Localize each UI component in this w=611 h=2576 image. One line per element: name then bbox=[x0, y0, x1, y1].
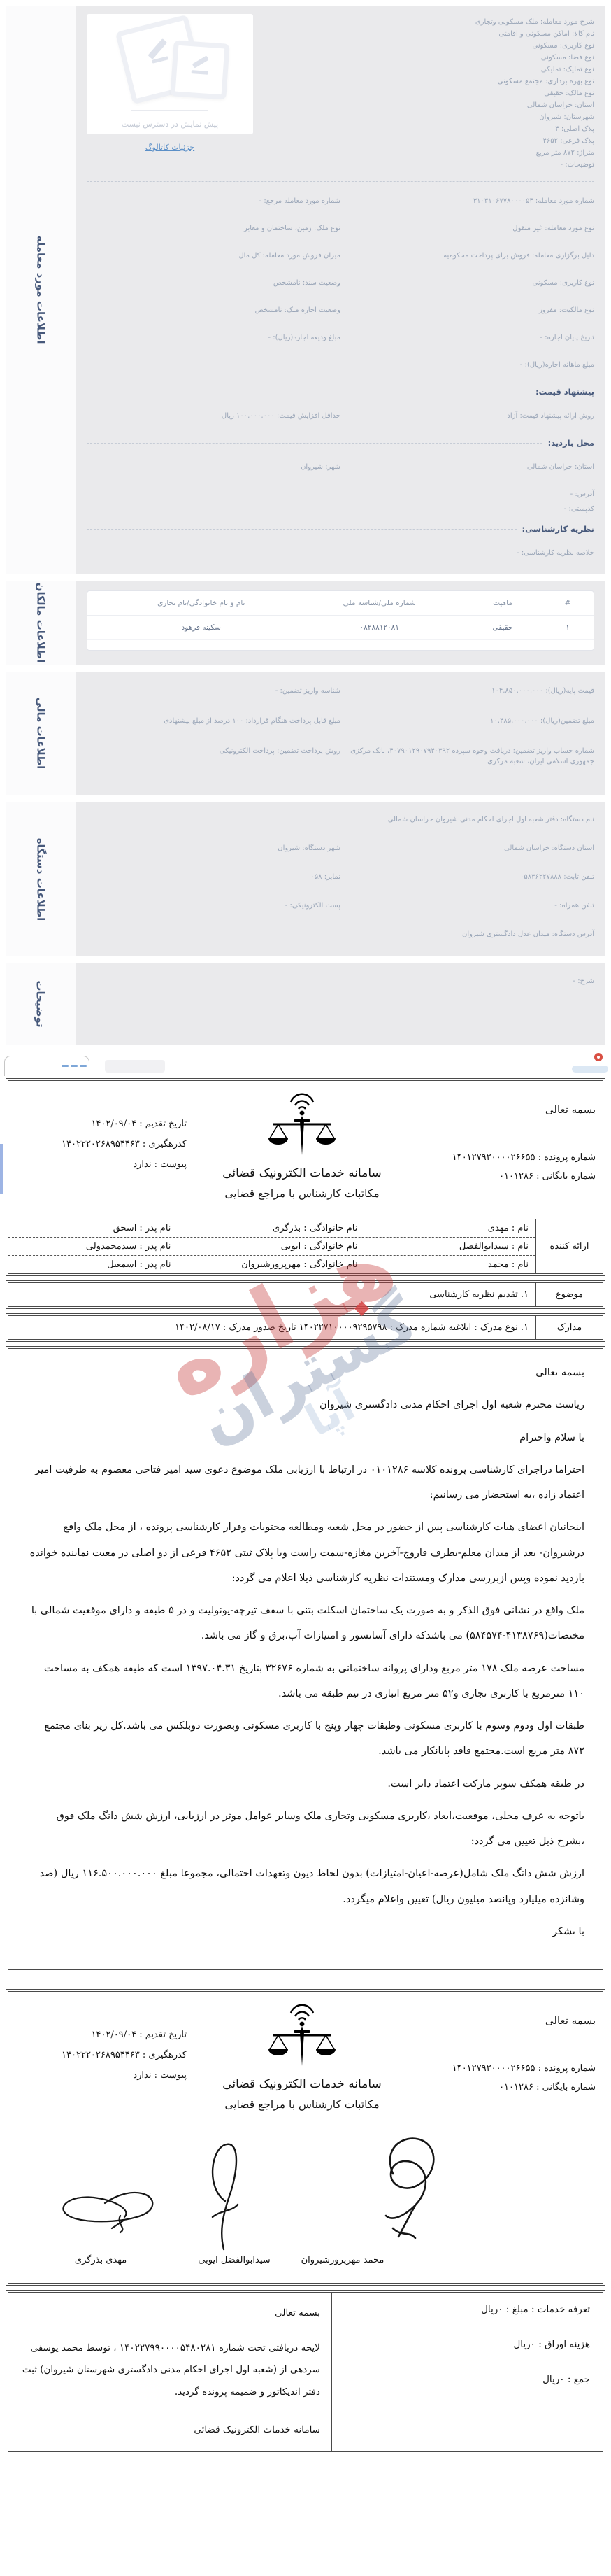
letter-paragraph: ملک واقع در نشانی فوق الذکر و به صورت یک… bbox=[27, 1598, 584, 1649]
attachment-status: پیوست : ندارد bbox=[15, 1159, 187, 1170]
letter-paragraph: با سلام واحترام bbox=[27, 1425, 584, 1450]
item-mid-fields: شماره مورد معامله: ۳۱۰۳۱۰۶۷۷۸۰۰۰۰۵۴ شمار… bbox=[87, 196, 594, 370]
field-row: پلاک فرعی: ۴۶۵۲ bbox=[263, 136, 594, 146]
field-row: پلاک اصلی: ۴ bbox=[263, 124, 594, 134]
field-row: شرح مورد معامله: ملک مسکونی وتجاری bbox=[263, 17, 594, 27]
signature-scribble bbox=[337, 2132, 456, 2251]
auction-detail-form: شرح مورد معامله: ملک مسکونی وتجارینام کا… bbox=[0, 0, 611, 1054]
letter-header-left: تاریخ تقدیم : ۱۴۰۲/۰۹/۰۴ کدرهگیری : ۱۴۰۲… bbox=[15, 1996, 187, 2114]
submit-date: تاریخ تقدیم : ۱۴۰۲/۰۹/۰۴ bbox=[15, 2030, 187, 2040]
field-pair-row: قیمت پایه(ریال): ۱۰۴,۸۵۰,۰۰۰,۰۰۰ شناسه و… bbox=[87, 686, 594, 696]
price-section-divider: پیشنهاد قیمت: bbox=[87, 387, 594, 397]
archive-number: شماره بایگانی : ۰۱۰۱۲۸۶ bbox=[417, 2082, 596, 2093]
letter-paragraph: با تشکر bbox=[27, 1919, 584, 1944]
section-title: توضیحات bbox=[34, 980, 47, 1027]
catalog-preview: پیش نمایش در دسترس نیست جزئیات کاتالوگ bbox=[87, 14, 253, 171]
letter-header-center: سامانه خدمات الکترونیک قضائی مکاتبات کار… bbox=[187, 1085, 417, 1203]
signatures-block: محمد مهرپرورشیروان سیدابوالفضل ایوبی مهد… bbox=[8, 2130, 603, 2283]
signature-scribble bbox=[192, 2135, 254, 2252]
agency-name-field: نام دستگاه: دفتر شعبه اول اجرای احکام مد… bbox=[87, 814, 594, 825]
section-owners: # ماهیت شماره ملی/شناسه ملی نام و نام خا… bbox=[6, 581, 605, 665]
tariff-line: جمع : ۰ریال bbox=[345, 2374, 590, 2385]
visit-single-fields: آدرس: -کدپستی: - bbox=[87, 489, 594, 514]
tariff-column: تعرفه خدمات : مبلغ : ۰ریالهزینه اوراق : … bbox=[331, 2293, 603, 2451]
letter-paragraph: ارزش شش دانگ ملک شامل(عرصه-اعیان-امتیازا… bbox=[27, 1861, 584, 1912]
signatory-name: محمد مهرپرورشیروان bbox=[280, 2255, 405, 2265]
field-row: توضیحات: - bbox=[263, 160, 594, 170]
case-number: شماره پرونده : ۱۴۰۱۲۷۹۲۰۰۰۰۲۶۶۵۵ bbox=[417, 2063, 596, 2074]
col-num: # bbox=[552, 599, 584, 607]
field-pair-row: تلفن همراه: - پست الکترونیکی: - bbox=[87, 900, 594, 911]
owners-body: # ماهیت شماره ملی/شناسه ملی نام و نام خا… bbox=[76, 581, 605, 665]
divider bbox=[131, 110, 208, 111]
expert-section-divider: نظریه کارشناسی: bbox=[87, 524, 594, 534]
org-title: سامانه خدمات الکترونیک قضائی bbox=[187, 2077, 417, 2091]
org-subtitle: مکاتبات کارشناس با مراجع قضایی bbox=[187, 2098, 417, 2111]
financial-body: قیمت پایه(ریال): ۱۰۴,۸۵۰,۰۰۰,۰۰۰ شناسه و… bbox=[76, 672, 605, 795]
field-row: نوع تملیک: تملیکی bbox=[263, 64, 594, 75]
letter-header-right: بسمه تعالی شماره پرونده : ۱۴۰۱۲۷۹۲۰۰۰۰۲۶… bbox=[417, 1996, 596, 2114]
documents-text: ۱. نوع مدرک : ابلاغیه شماره مدرک : ۱۴۰۲۲… bbox=[8, 1316, 535, 1339]
toolbar-pill-artifact bbox=[572, 1066, 608, 1073]
provider-table: ارائه کننده نام : مهدی نام خانوادگی : بذ… bbox=[8, 1219, 603, 1273]
field-pair-row: دلیل برگزاری معامله: فروش برای پرداخت مح… bbox=[87, 250, 594, 261]
field-pair-row: شماره مورد معامله: ۳۱۰۳۱۰۶۷۷۸۰۰۰۰۵۴ شمار… bbox=[87, 196, 594, 206]
item-info-body: شرح مورد معامله: ملک مسکونی وتجارینام کا… bbox=[76, 6, 605, 574]
letter-paragraph: طبقات اول ودوم وسوم با کاربری مسکونی وطب… bbox=[27, 1713, 584, 1764]
tariff-line: تعرفه خدمات : مبلغ : ۰ریال bbox=[345, 2304, 590, 2315]
tracking-code: کدرهگیری : ۱۴۰۲۲۲۰۲۶۸۹۵۴۴۶۳ bbox=[15, 1139, 187, 1149]
letter-header: بسمه تعالی شماره پرونده : ۱۴۰۱۲۷۹۲۰۰۰۰۲۶… bbox=[8, 1081, 603, 1210]
owners-table-header: # ماهیت شماره ملی/شناسه ملی نام و نام خا… bbox=[87, 591, 594, 616]
letter-header-right: بسمه تعالی شماره پرونده : ۱۴۰۱۲۷۹۲۰۰۰۰۲۶… bbox=[417, 1085, 596, 1203]
item-top-fields: شرح مورد معامله: ملک مسکونی وتجارینام کا… bbox=[263, 14, 594, 171]
justice-scales-logo bbox=[263, 1088, 341, 1161]
financial-fields: قیمت پایه(ریال): ۱۰۴,۸۵۰,۰۰۰,۰۰۰ شناسه و… bbox=[87, 686, 594, 767]
signatory-name: مهدی بذرگری bbox=[52, 2255, 150, 2265]
provider-row: نام : سیدابوالفضل نام خانوادگی : ایوبی ن… bbox=[8, 1238, 535, 1256]
letter-paragraph: در طبقه همکف سوپر مارکت اعتماد دایر است. bbox=[27, 1771, 584, 1797]
attached-letters: هزاره گستران آپا بسمه تعالی شماره پرونده… bbox=[0, 1054, 611, 2576]
documents-row: مدارک ۱. نوع مدرک : ابلاغیه شماره مدرک :… bbox=[8, 1316, 603, 1339]
comments-body: شرح: - bbox=[76, 963, 605, 1045]
field-row: نوع فضا: مسکونی bbox=[263, 52, 594, 63]
agency-address-field: آدرس دستگاه: میدان عدل دادگستری شیروان bbox=[87, 929, 594, 940]
letter-footer: تعرفه خدمات : مبلغ : ۰ریالهزینه اوراق : … bbox=[8, 2293, 603, 2451]
section-title: اطلاعات دستگاه bbox=[34, 837, 47, 921]
browser-tab-artifact[interactable] bbox=[4, 1056, 89, 1076]
sidebar-agency: اطلاعات دستگاه bbox=[6, 802, 76, 956]
agency-fields: استان دستگاه: خراسان شمالی شهر دستگاه: ش… bbox=[87, 843, 594, 911]
tab-artifact-secondary bbox=[105, 1060, 165, 1073]
subject-label: موضوع bbox=[535, 1283, 603, 1306]
archive-number: شماره بایگانی : ۰۱۰۱۲۸۶ bbox=[417, 1171, 596, 1182]
letter-header-left: تاریخ تقدیم : ۱۴۰۲/۰۹/۰۴ کدرهگیری : ۱۴۰۲… bbox=[15, 1085, 187, 1203]
signatory-name: سیدابوالفضل ایوبی bbox=[182, 2255, 287, 2265]
letter-paragraph: احتراما دراجرای کارشناسی پرونده کلاسه ۰۱… bbox=[27, 1457, 584, 1508]
tariff-line: هزینه اوراق : ۰ریال bbox=[345, 2339, 590, 2350]
field-pair-row: نوع مورد معامله: غیر منقول نوع ملک: زمین… bbox=[87, 223, 594, 234]
visit-fields: استان: خراسان شمالی شهر: شیروان bbox=[87, 462, 594, 472]
field-row: کدپستی: - bbox=[87, 504, 594, 514]
provider-label: ارائه کننده bbox=[535, 1219, 603, 1273]
justice-scales-logo bbox=[263, 1999, 341, 2072]
field-pair-row: مبلغ تضمین(ریال): ۱۰,۴۸۵,۰۰۰,۰۰۰ مبلغ قا… bbox=[87, 716, 594, 726]
preview-unavailable-text: پیش نمایش در دسترس نیست bbox=[87, 120, 253, 129]
sidebar-item-info: اطلاعات مورد معامله bbox=[6, 6, 76, 574]
owners-rows: ۱ حقیقی ۰۸۲۸۸۱۲۰۸۱ سکینه فرهود bbox=[87, 616, 594, 640]
letter-header: بسمه تعالی شماره پرونده : ۱۴۰۱۲۷۹۲۰۰۰۰۲۶… bbox=[8, 1992, 603, 2121]
attachment-status: پیوست : ندارد bbox=[15, 2070, 187, 2081]
tracking-code: کدرهگیری : ۱۴۰۲۲۲۰۲۶۸۹۵۴۴۶۳ bbox=[15, 2050, 187, 2060]
subject-text: ۱. تقدیم نظریه کارشناسی bbox=[8, 1283, 535, 1306]
case-number: شماره پرونده : ۱۴۰۱۲۷۹۲۰۰۰۰۲۶۶۵۵ bbox=[417, 1152, 596, 1163]
scroll-indicator-artifact bbox=[0, 1144, 3, 1194]
section-title: اطلاعات مالکان bbox=[34, 583, 47, 663]
provider-rows: نام : مهدی نام خانوادگی : بذرگری نام پدر… bbox=[8, 1219, 535, 1273]
letter-paragraph: مساحت عرصه ملک ۱۷۸ متر مربع ودارای پروان… bbox=[27, 1656, 584, 1707]
catalog-details-link[interactable]: جزئیات کاتالوگ bbox=[145, 143, 194, 152]
field-pair-row: مبلغ ماهانه اجاره(ریال): - bbox=[87, 360, 594, 370]
owners-table: # ماهیت شماره ملی/شناسه ملی نام و نام خا… bbox=[87, 590, 594, 651]
section-title: اطلاعات مالی bbox=[34, 698, 47, 770]
field-pair-row: شماره حساب واریز تضمین: دریافت وجوه سپرد… bbox=[87, 746, 594, 767]
section-comments: شرح: - توضیحات bbox=[6, 963, 605, 1045]
subject-row: موضوع ۱. تقدیم نظریه کارشناسی bbox=[8, 1283, 603, 1306]
col-nature: ماهیت bbox=[454, 599, 552, 607]
provider-row: نام : مهدی نام خانوادگی : بذرگری نام پدر… bbox=[8, 1219, 535, 1238]
signature-scribble bbox=[42, 2182, 161, 2238]
field-pair-row: نوع مالکیت: مفروز وضعیت اجاره ملک: نامشخ… bbox=[87, 305, 594, 316]
receipt-column: بسمه تعالی لایحه دریافتی تحت شماره ۱۴۰۲۲… bbox=[8, 2293, 331, 2451]
price-fields: روش ارائه پیشنهاد قیمت: آزاد حداقل افزای… bbox=[87, 411, 594, 421]
letter-paragraph: باتوجه به عرف محلی، موقعیت،ابعاد ،کاربری… bbox=[27, 1804, 584, 1855]
provider-row: نام : محمد نام خانوادگی : مهرپرورشیروان … bbox=[8, 1256, 535, 1273]
field-row: نوع کاربری: مسکونی bbox=[263, 41, 594, 51]
dashed-divider bbox=[87, 181, 594, 182]
comments-field: شرح: - bbox=[87, 976, 594, 986]
letter-page-1: هزاره گستران آپا بسمه تعالی شماره پرونده… bbox=[6, 1078, 605, 1972]
col-national-id: شماره ملی/شناسه ملی bbox=[305, 599, 454, 607]
field-pair-row: تاریخ پایان اجاره: - مبلغ ودیعه اجاره(ری… bbox=[87, 332, 594, 343]
submit-date: تاریخ تقدیم : ۱۴۰۲/۰۹/۰۴ bbox=[15, 1119, 187, 1129]
letter-paragraph: اینجانبان اعضای هیات کارشناسی پس از حضور… bbox=[27, 1515, 584, 1591]
documents-label: مدارک bbox=[535, 1316, 603, 1339]
field-pair-row: نوع کاربری: مسکونی وضعیت سند: نامشخص bbox=[87, 278, 594, 288]
bismillah: بسمه تعالی bbox=[417, 1103, 596, 1116]
field-pair-row: استان دستگاه: خراسان شمالی شهر دستگاه: ش… bbox=[87, 843, 594, 854]
expert-summary-field: خلاصه نظریه کارشناسی: - bbox=[87, 548, 594, 558]
letter-body: بسمه تعالیریاست محترم شعبه اول اجرای احک… bbox=[8, 1349, 603, 1969]
field-pair-row: روش ارائه پیشنهاد قیمت: آزاد حداقل افزای… bbox=[87, 411, 594, 421]
bismillah: بسمه تعالی bbox=[417, 2014, 596, 2027]
visit-section-divider: محل بازدید: bbox=[87, 438, 594, 448]
section-item-info: شرح مورد معامله: ملک مسکونی وتجارینام کا… bbox=[6, 6, 605, 574]
field-row: متراژ: ۸۷۲ متر مربع bbox=[263, 148, 594, 158]
field-row: نوع بهره برداری: مجتمع مسکونی bbox=[263, 76, 594, 87]
letter-paragraph: بسمه تعالی bbox=[27, 1360, 584, 1385]
org-title: سامانه خدمات الکترونیک قضائی bbox=[187, 1166, 417, 1180]
notification-badge-icon bbox=[594, 1053, 603, 1061]
section-agency: نام دستگاه: دفتر شعبه اول اجرای احکام مد… bbox=[6, 802, 605, 956]
letter-header-center: سامانه خدمات الکترونیک قضائی مکاتبات کار… bbox=[187, 1996, 417, 2114]
sidebar-owners: اطلاعات مالکان bbox=[6, 581, 76, 665]
field-row: استان: خراسان شمالی bbox=[263, 100, 594, 111]
agency-body: نام دستگاه: دفتر شعبه اول اجرای احکام مد… bbox=[76, 802, 605, 956]
section-title: اطلاعات مورد معامله bbox=[34, 236, 47, 344]
receipt-text: لایحه دریافتی تحت شماره ۱۴۰۲۲۷۹۹۰۰۰۰۵۴۸۰… bbox=[20, 2337, 320, 2404]
letter-page-2: بسمه تعالی شماره پرونده : ۱۴۰۱۲۷۹۲۰۰۰۰۲۶… bbox=[6, 1989, 605, 2454]
catalog-image-placeholder: پیش نمایش در دسترس نیست bbox=[87, 14, 253, 134]
field-row: نوع مالک: حقیقی bbox=[263, 88, 594, 99]
field-row: نام کالا: اماکن مسکونی و اقامتی bbox=[263, 29, 594, 39]
field-row: آدرس: - bbox=[87, 489, 594, 500]
field-row: شهرستان: شیروان bbox=[263, 112, 594, 122]
receipt-bismillah: بسمه تعالی bbox=[20, 2302, 320, 2325]
letter-paragraph: ریاست محترم شعبه اول اجرای احکام مدنی دا… bbox=[27, 1392, 584, 1417]
field-pair-row: استان: خراسان شمالی شهر: شیروان bbox=[87, 462, 594, 472]
section-financial: قیمت پایه(ریال): ۱۰۴,۸۵۰,۰۰۰,۰۰۰ شناسه و… bbox=[6, 672, 605, 795]
col-name: نام و نام خانوادگی/نام تجاری bbox=[97, 599, 305, 607]
org-subtitle: مکاتبات کارشناس با مراجع قضایی bbox=[187, 1187, 417, 1200]
gavel-card-icon bbox=[170, 40, 229, 99]
receipt-org: سامانه خدمات الکترونیک قضائی bbox=[20, 2419, 320, 2442]
table-row: ۱ حقیقی ۰۸۲۸۸۱۲۰۸۱ سکینه فرهود bbox=[87, 616, 594, 640]
sidebar-financial: اطلاعات مالی bbox=[6, 672, 76, 795]
sidebar-comments: توضیحات bbox=[6, 963, 76, 1045]
field-pair-row: تلفن ثابت: ۰۵۸۳۶۲۲۷۸۸۸ نمابر: ۰۵۸ bbox=[87, 872, 594, 882]
